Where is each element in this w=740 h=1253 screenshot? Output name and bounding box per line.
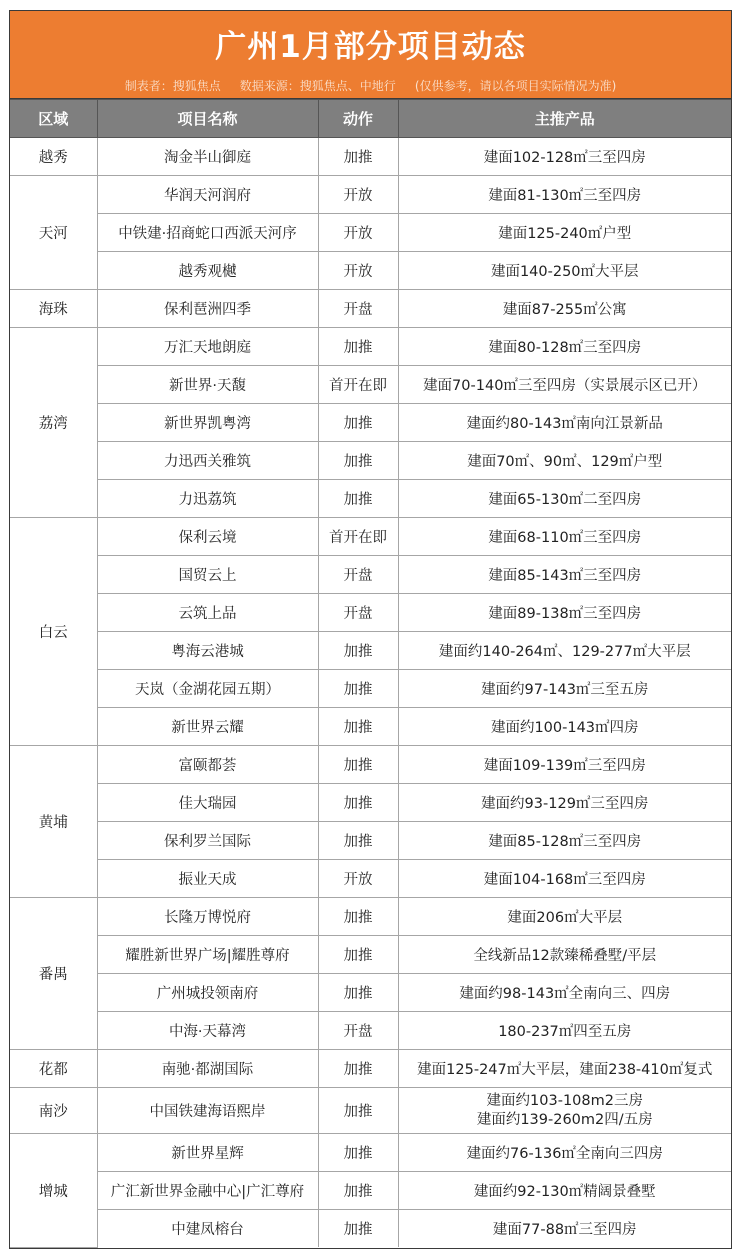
product-cell: 建面104-168㎡三至四房 — [398, 860, 731, 898]
table-row: 天岚（金湖花园五期） 加推 建面约97-143㎡三至五房 — [10, 670, 731, 708]
action-cell: 加推 — [318, 632, 398, 670]
table-row: 南沙 中国铁建海语熙岸 加推 建面约103-108m2三房 建面约139-260… — [10, 1088, 731, 1134]
product-cell: 建面85-128㎡三至四房 — [398, 822, 731, 860]
action-cell: 加推 — [318, 822, 398, 860]
project-cell: 富颐都荟 — [97, 746, 318, 784]
product-cell: 建面70㎡、90㎡、129㎡户型 — [398, 442, 731, 480]
project-cell: 耀胜新世界广场|耀胜尊府 — [97, 936, 318, 974]
action-cell: 加推 — [318, 746, 398, 784]
product-cell: 建面约140-264㎡、129-277㎡大平层 — [398, 632, 731, 670]
action-cell: 加推 — [318, 1172, 398, 1210]
project-cell: 力迅荔筑 — [97, 480, 318, 518]
title-banner: 广州1月部分项目动态 制表者：搜狐焦点 数据来源：搜狐焦点、中地行 (仅供参考，… — [10, 11, 731, 99]
project-cell: 新世界·天馥 — [97, 366, 318, 404]
header-row: 区域 项目名称 动作 主推产品 — [10, 100, 731, 138]
project-cell: 新世界云耀 — [97, 708, 318, 746]
action-cell: 开放 — [318, 214, 398, 252]
action-cell: 开放 — [318, 860, 398, 898]
product-cell: 建面65-130㎡二至四房 — [398, 480, 731, 518]
table-row: 广汇新世界金融中心|广汇尊府 加推 建面约92-130㎡精阔景叠墅 — [10, 1172, 731, 1210]
table-row: 越秀观樾 开放 建面140-250㎡大平层 — [10, 252, 731, 290]
table-row: 力迅荔筑 加推 建面65-130㎡二至四房 — [10, 480, 731, 518]
table-row: 中海·天幕湾 开盘 180-237㎡四至五房 — [10, 1012, 731, 1050]
product-line: 建面约103-108m2三房 — [401, 1092, 730, 1111]
project-cell: 云筑上品 — [97, 594, 318, 632]
action-cell: 加推 — [318, 670, 398, 708]
action-cell: 加推 — [318, 1134, 398, 1172]
product-cell: 建面125-247㎡大平层，建面238-410㎡复式 — [398, 1050, 731, 1088]
region-cell: 荔湾 — [10, 328, 97, 518]
project-cell: 南驰·都湖国际 — [97, 1050, 318, 1088]
project-cell: 国贸云上 — [97, 556, 318, 594]
action-cell: 开放 — [318, 176, 398, 214]
table-row: 黄埔 富颐都荟 加推 建面109-139㎡三至四房 — [10, 746, 731, 784]
project-cell: 广州城投领南府 — [97, 974, 318, 1012]
table-body: 越秀 淘金半山御庭 加推 建面102-128㎡三至四房 天河 华润天河润府 开放… — [10, 138, 731, 1248]
product-cell: 建面约100-143㎡四房 — [398, 708, 731, 746]
project-cell: 新世界星辉 — [97, 1134, 318, 1172]
table-row: 振业天成 开放 建面104-168㎡三至四房 — [10, 860, 731, 898]
action-cell: 加推 — [318, 898, 398, 936]
region-cell: 增城 — [10, 1134, 97, 1248]
project-cell: 保利云境 — [97, 518, 318, 556]
table-row: 粤海云港城 加推 建面约140-264㎡、129-277㎡大平层 — [10, 632, 731, 670]
table-row: 荔湾 万汇天地朗庭 加推 建面80-128㎡三至四房 — [10, 328, 731, 366]
project-cell: 中海·天幕湾 — [97, 1012, 318, 1050]
project-table-sheet: 广州1月部分项目动态 制表者：搜狐焦点 数据来源：搜狐焦点、中地行 (仅供参考，… — [9, 10, 732, 1249]
table-row: 番禺 长隆万博悦府 加推 建面206㎡大平层 — [10, 898, 731, 936]
product-cell: 建面68-110㎡三至四房 — [398, 518, 731, 556]
product-cell: 建面约80-143㎡南向江景新品 — [398, 404, 731, 442]
action-cell: 加推 — [318, 1088, 398, 1134]
table-row: 新世界凯粤湾 加推 建面约80-143㎡南向江景新品 — [10, 404, 731, 442]
column-header-region: 区域 — [10, 100, 97, 138]
product-cell: 建面102-128㎡三至四房 — [398, 138, 731, 176]
action-cell: 加推 — [318, 328, 398, 366]
table-row: 佳大瑞园 加推 建面约93-129㎡三至四房 — [10, 784, 731, 822]
action-cell: 加推 — [318, 708, 398, 746]
action-cell: 开盘 — [318, 556, 398, 594]
table-row: 增城 新世界星辉 加推 建面约76-136㎡全南向三四房 — [10, 1134, 731, 1172]
table-row: 云筑上品 开盘 建面89-138㎡三至四房 — [10, 594, 731, 632]
product-cell: 建面70-140㎡三至四房（实景展示区已开） — [398, 366, 731, 404]
project-cell: 万汇天地朗庭 — [97, 328, 318, 366]
project-cell: 振业天成 — [97, 860, 318, 898]
table-row: 海珠 保利琶洲四季 开盘 建面87-255㎡公寓 — [10, 290, 731, 328]
table-row: 广州城投领南府 加推 建面约98-143㎡全南向三、四房 — [10, 974, 731, 1012]
region-cell: 花都 — [10, 1050, 97, 1088]
project-cell: 中铁建·招商蛇口西派天河序 — [97, 214, 318, 252]
product-cell: 建面约93-129㎡三至四房 — [398, 784, 731, 822]
project-cell: 天岚（金湖花园五期） — [97, 670, 318, 708]
table-row: 国贸云上 开盘 建面85-143㎡三至四房 — [10, 556, 731, 594]
action-cell: 加推 — [318, 1050, 398, 1088]
product-cell: 建面85-143㎡三至四房 — [398, 556, 731, 594]
project-cell: 力迅西关雅筑 — [97, 442, 318, 480]
column-header-project: 项目名称 — [97, 100, 318, 138]
action-cell: 开盘 — [318, 290, 398, 328]
product-line: 建面约139-260m2四/五房 — [401, 1111, 730, 1130]
action-cell: 首开在即 — [318, 366, 398, 404]
product-cell: 建面80-128㎡三至四房 — [398, 328, 731, 366]
page-title: 广州1月部分项目动态 — [10, 21, 731, 66]
product-cell: 建面140-250㎡大平层 — [398, 252, 731, 290]
region-cell: 黄埔 — [10, 746, 97, 898]
region-cell: 南沙 — [10, 1088, 97, 1134]
product-cell: 建面125-240㎡户型 — [398, 214, 731, 252]
region-cell: 海珠 — [10, 290, 97, 328]
table-row: 中铁建·招商蛇口西派天河序 开放 建面125-240㎡户型 — [10, 214, 731, 252]
action-cell: 加推 — [318, 1210, 398, 1248]
product-cell: 180-237㎡四至五房 — [398, 1012, 731, 1050]
product-cell: 建面77-88㎡三至四房 — [398, 1210, 731, 1248]
project-cell: 粤海云港城 — [97, 632, 318, 670]
action-cell: 首开在即 — [318, 518, 398, 556]
region-cell: 番禺 — [10, 898, 97, 1050]
project-cell: 中国铁建海语熙岸 — [97, 1088, 318, 1134]
product-cell: 建面约98-143㎡全南向三、四房 — [398, 974, 731, 1012]
table-row: 新世界云耀 加推 建面约100-143㎡四房 — [10, 708, 731, 746]
action-cell: 开放 — [318, 252, 398, 290]
action-cell: 开盘 — [318, 594, 398, 632]
product-cell: 建面约76-136㎡全南向三四房 — [398, 1134, 731, 1172]
project-cell: 佳大瑞园 — [97, 784, 318, 822]
action-cell: 加推 — [318, 442, 398, 480]
table-row: 力迅西关雅筑 加推 建面70㎡、90㎡、129㎡户型 — [10, 442, 731, 480]
table-row: 花都 南驰·都湖国际 加推 建面125-247㎡大平层，建面238-410㎡复式 — [10, 1050, 731, 1088]
project-cell: 中建凤榕台 — [97, 1210, 318, 1248]
region-cell: 天河 — [10, 176, 97, 290]
action-cell: 开盘 — [318, 1012, 398, 1050]
product-cell: 建面81-130㎡三至四房 — [398, 176, 731, 214]
table-row: 新世界·天馥 首开在即 建面70-140㎡三至四房（实景展示区已开） — [10, 366, 731, 404]
column-header-action: 动作 — [318, 100, 398, 138]
action-cell: 加推 — [318, 974, 398, 1012]
table-row: 白云 保利云境 首开在即 建面68-110㎡三至四房 — [10, 518, 731, 556]
table-row: 中建凤榕台 加推 建面77-88㎡三至四房 — [10, 1210, 731, 1248]
product-cell: 建面约97-143㎡三至五房 — [398, 670, 731, 708]
action-cell: 加推 — [318, 138, 398, 176]
project-cell: 保利琶洲四季 — [97, 290, 318, 328]
product-cell: 建面109-139㎡三至四房 — [398, 746, 731, 784]
table-row: 保利罗兰国际 加推 建面85-128㎡三至四房 — [10, 822, 731, 860]
table-row: 耀胜新世界广场|耀胜尊府 加推 全线新品12款臻稀叠墅/平层 — [10, 936, 731, 974]
project-cell: 广汇新世界金融中心|广汇尊府 — [97, 1172, 318, 1210]
project-cell: 保利罗兰国际 — [97, 822, 318, 860]
product-cell: 建面87-255㎡公寓 — [398, 290, 731, 328]
table-row: 天河 华润天河润府 开放 建面81-130㎡三至四房 — [10, 176, 731, 214]
product-cell: 建面约103-108m2三房 建面约139-260m2四/五房 — [398, 1088, 731, 1134]
source-note: 制表者：搜狐焦点 数据来源：搜狐焦点、中地行 (仅供参考，请以各项目实际情况为准… — [10, 77, 731, 94]
project-cell: 淘金半山御庭 — [97, 138, 318, 176]
project-cell: 新世界凯粤湾 — [97, 404, 318, 442]
project-cell: 长隆万博悦府 — [97, 898, 318, 936]
product-cell: 建面约92-130㎡精阔景叠墅 — [398, 1172, 731, 1210]
product-cell: 建面206㎡大平层 — [398, 898, 731, 936]
column-header-product: 主推产品 — [398, 100, 731, 138]
action-cell: 加推 — [318, 480, 398, 518]
product-cell: 全线新品12款臻稀叠墅/平层 — [398, 936, 731, 974]
action-cell: 加推 — [318, 784, 398, 822]
action-cell: 加推 — [318, 404, 398, 442]
projects-table: 区域 项目名称 动作 主推产品 越秀 淘金半山御庭 加推 建面102-128㎡三… — [10, 99, 731, 1248]
table-row: 越秀 淘金半山御庭 加推 建面102-128㎡三至四房 — [10, 138, 731, 176]
product-cell: 建面89-138㎡三至四房 — [398, 594, 731, 632]
action-cell: 加推 — [318, 936, 398, 974]
region-cell: 白云 — [10, 518, 97, 746]
project-cell: 越秀观樾 — [97, 252, 318, 290]
region-cell: 越秀 — [10, 138, 97, 176]
project-cell: 华润天河润府 — [97, 176, 318, 214]
